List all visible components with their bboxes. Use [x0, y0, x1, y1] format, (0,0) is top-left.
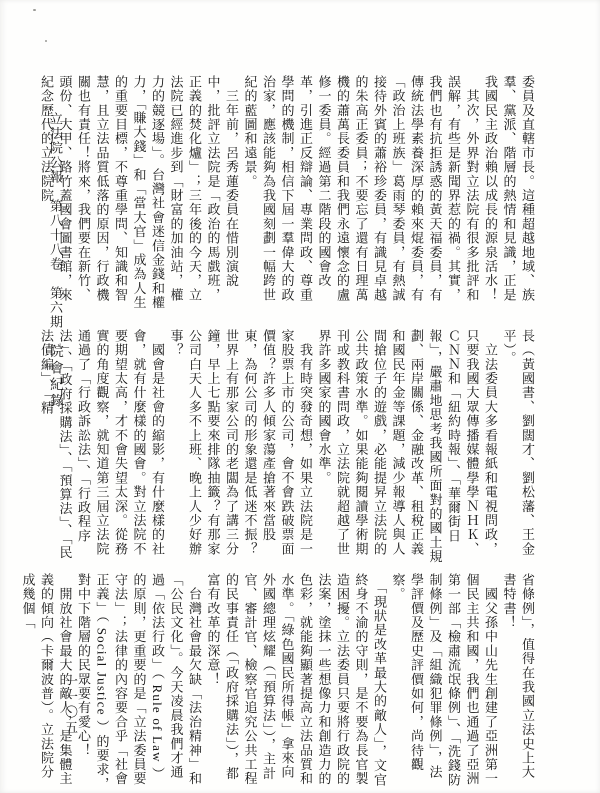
- text-tier-1: 委員及直轄市長。這種超越地域、族羣、黨派、階層的熱情和見識，正是我國民主政治賴以…: [37, 75, 537, 315]
- text-tier-2: 長（黃國書、劉闊才、劉松藩、王金平）。 立法委員大多看報紙和電視問政，只要我國大…: [37, 329, 537, 567]
- gazette-page: 立法院公報 第八十八卷 第六期 院會紀錄 一一〇五 委員及直轄市長。這種超越地域…: [0, 0, 600, 793]
- scan-speck: [45, 40, 47, 42]
- text-tier-3: 省條例」，值得在我國立法史上大書特書！ 國父孫中山先生創建了亞洲第一個民主共和國…: [18, 573, 536, 793]
- scan-speck: [33, 9, 36, 11]
